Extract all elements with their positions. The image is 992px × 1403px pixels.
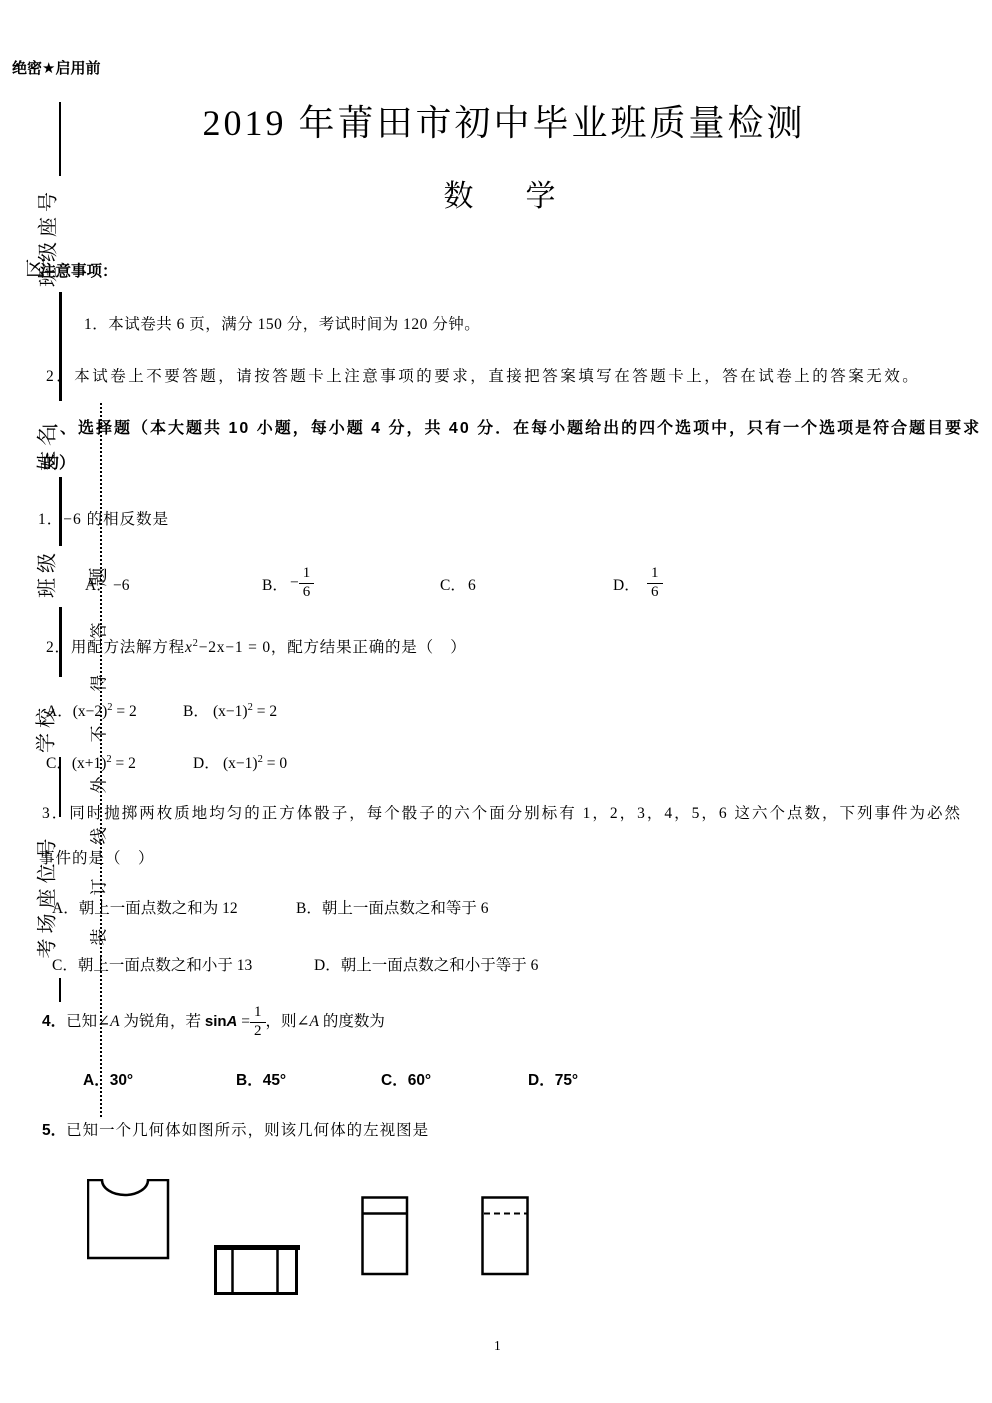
q1-option-a-label: A． [85,576,112,595]
question-1-stem: 1．−6 的相反数是 [38,510,169,529]
binding-char: 外 [85,777,110,794]
q4-option-d: D．75° [528,1071,578,1090]
question-2-stem: 2．用配方法解方程x2−2x−1 = 0，配方结果正确的是（ ） [46,638,467,657]
q4-option-c: C．60° [381,1071,431,1090]
q1-option-a-value: −6 [113,576,130,595]
q2-option-a-value: (x−2)2 = 2 [73,703,137,720]
q1-option-d-value: 1 6 [647,561,663,605]
q4-option-b: B．45° [236,1071,286,1090]
binding-char: 得 [85,675,110,692]
q1-option-b-value: − 1 6 [290,561,314,605]
notice-item-2: 2．本试卷上不要答题，请按答题卡上注意事项的要求，直接把答案填写在答题卡上，答在… [46,367,920,386]
q3-option-b: B．朝上一面点数之和等于 6 [296,899,488,918]
q2-stem-suffix: ，配方结果正确的是（ ） [271,639,467,656]
q2-option-b-value: (x−1)2 = 2 [213,702,277,721]
section-1-title-line-1: 一、选择题（本大题共 10 小题，每小题 4 分，共 40 分．在每小题给出的四… [42,419,981,439]
q1-option-d-label: D． [613,576,640,595]
q2-equation-tail: −2x−1 = 0 [199,639,271,656]
figure-solid-with-semicircle-notch [87,1179,171,1261]
notice-item-1: 1．本试卷共 6 页，满分 150 分，考试时间为 120 分钟。 [84,315,480,334]
subject-title: 数 学 [0,178,992,216]
question-2-options-row-1: A．(x−2)2 = 2 B． (x−1)2 = 2 [46,702,137,721]
binding-char: 答 [85,623,110,640]
q5-number: 5． [42,1122,66,1139]
q3-option-c: C．朝上一面点数之和小于 13 [52,956,252,975]
fraction: 1 2 [250,1004,266,1040]
page-number: 1 [494,1338,501,1355]
binding-char: 装 [85,929,110,946]
notice-heading: 注意事项： [40,262,118,281]
exam-paper-page: 绝密★启用前 2019 年莆田市初中毕业班质量检测 数 学 班级座号 姓名 班级… [0,0,992,1403]
binding-char: 不 [85,726,110,743]
q1-option-b-label: B． [262,576,288,595]
q2-equation-base: x [185,639,193,656]
section-1-title-line-2: 的） [43,454,75,474]
figure-rectangle-with-dashed-top-line [481,1196,529,1276]
fraction: 1 6 [647,565,663,601]
secrecy-label: 绝密★启用前 [12,60,100,79]
q4-option-a: A．30° [83,1071,133,1090]
q3-option-a: A．朝上一面点数之和为 12 [52,899,238,918]
q2-option-a-label: A． [46,703,73,720]
q2-option-b-label: B． [183,702,209,721]
question-4-stem: 4． 已知∠A 为锐角，若 sinA = 1 2 ，则∠A 的度数为 [42,1001,385,1043]
figure-wide-rectangle-three-sections [214,1244,301,1296]
q4-stem-part-1: 已知∠A 为锐角，若 sinA = [66,1012,250,1032]
question-2-options-row-2: C．(x+1)2 = 2 D． (x−1)2 = 0 [46,754,136,773]
sin-function: sin [205,1013,227,1030]
question-3-stem-line-2: 事件的是（ ） [39,849,155,868]
seal-field-line [59,102,61,176]
binding-char: 线 [85,828,110,845]
fraction: 1 6 [299,565,315,601]
q1-option-c-value: 6 [468,576,476,595]
q2-option-d-label: D． [193,754,220,773]
question-1-options: A． −6 B． − 1 6 C． 6 D． 1 6 [0,558,992,608]
q4-number: 4． [42,1012,66,1031]
q2-option-d-value: (x−1)2 = 0 [223,754,287,773]
q2-stem-prefix: 2．用配方法解方程 [46,639,185,656]
q4-stem-part-2: ，则∠A 的度数为 [266,1012,385,1031]
question-5-stem: 5．已知一个几何体如图所示，则该几何体的左视图是 [42,1121,429,1141]
q1-option-c-label: C． [440,576,466,595]
figure-rectangle-with-top-line [361,1196,409,1276]
minus-sign: − [290,573,299,592]
seal-field-line [59,978,61,1002]
exam-title: 2019 年莆田市初中毕业班质量检测 [0,101,992,146]
q3-option-d: D．朝上一面点数之和小于等于 6 [314,956,538,975]
question-3-stem-line-1: 3．同时抛掷两枚质地均匀的正方体骰子，每个骰子的六个面分别标有 1，2，3，4，… [42,804,962,823]
q2-option-c-label: C． [46,755,72,772]
binding-char: 订 [85,879,110,896]
q2-option-c-value: (x+1)2 = 2 [72,755,136,772]
